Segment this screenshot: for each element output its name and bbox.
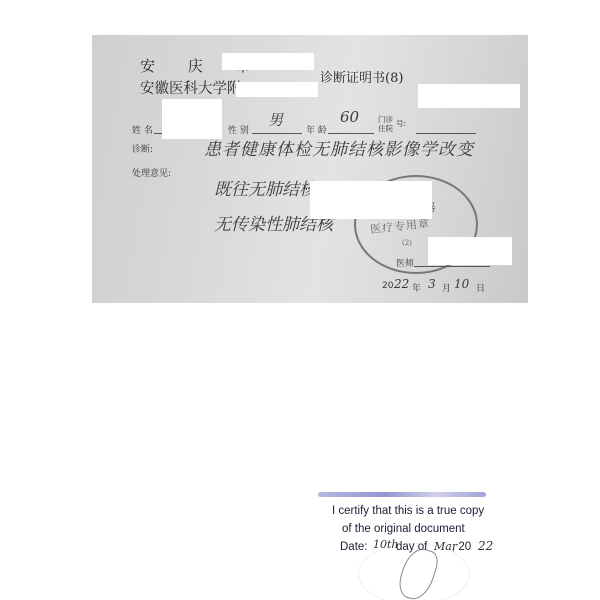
doctor-label: 医师 — [396, 256, 414, 269]
certificate-title: 诊断证明书(8) — [320, 67, 403, 86]
stamp-border — [318, 492, 486, 497]
age-value: 60 — [340, 108, 359, 126]
date-day-handwritten: 10 — [454, 277, 469, 291]
certification-date-label: Date: — [340, 541, 368, 553]
certification-line-1: I certify that this is a true copy — [332, 505, 484, 517]
date-year-handwritten: 22 — [394, 277, 409, 291]
certification-year-prefix: , 20 — [452, 541, 471, 553]
redaction — [428, 237, 512, 265]
name-label: 姓 名 — [132, 123, 153, 136]
redaction — [236, 82, 318, 97]
sex-value: 男 — [268, 109, 283, 130]
sex-underline — [252, 133, 302, 134]
treatment-line-1: 既往无肺结核 — [214, 175, 316, 200]
redaction — [418, 84, 520, 108]
date-month-handwritten: 3 — [428, 277, 436, 291]
certification-line-2: of the original document — [342, 523, 465, 535]
stamp-number: (2) — [402, 239, 412, 247]
date-month-suffix: 月 — [442, 281, 451, 294]
record-number-label: 号: — [396, 118, 406, 129]
diagnosis-text: 患者健康体检无肺结核影像学改变 — [204, 135, 474, 160]
header-hospital: 安徽医科大学附 — [140, 77, 242, 98]
record-number-underline — [416, 133, 476, 134]
date-day-suffix: 日 — [476, 281, 485, 294]
certification-day-handwritten: 10th — [373, 538, 399, 551]
age-underline — [328, 133, 374, 134]
treatment-label: 处理意见: — [132, 166, 171, 179]
diagnosis-label: 诊断: — [132, 142, 153, 155]
redaction — [162, 99, 222, 139]
date-year-suffix: 年 — [412, 281, 421, 294]
inpatient-label: 住院 — [378, 123, 393, 134]
true-copy-certification-stamp: I certify that this is a true copy of th… — [318, 488, 486, 600]
doctor-signature-line — [414, 266, 490, 267]
certification-year-handwritten: 22 — [478, 539, 493, 553]
scanned-diagnosis-certificate: 安 庆 市 安徽医科大学附 诊断证明书(8) 姓 名 性 别 男 年 龄 60 … — [92, 35, 528, 303]
redaction — [310, 181, 432, 219]
redaction — [222, 53, 314, 70]
date-year-prefix: 20 — [382, 281, 393, 291]
